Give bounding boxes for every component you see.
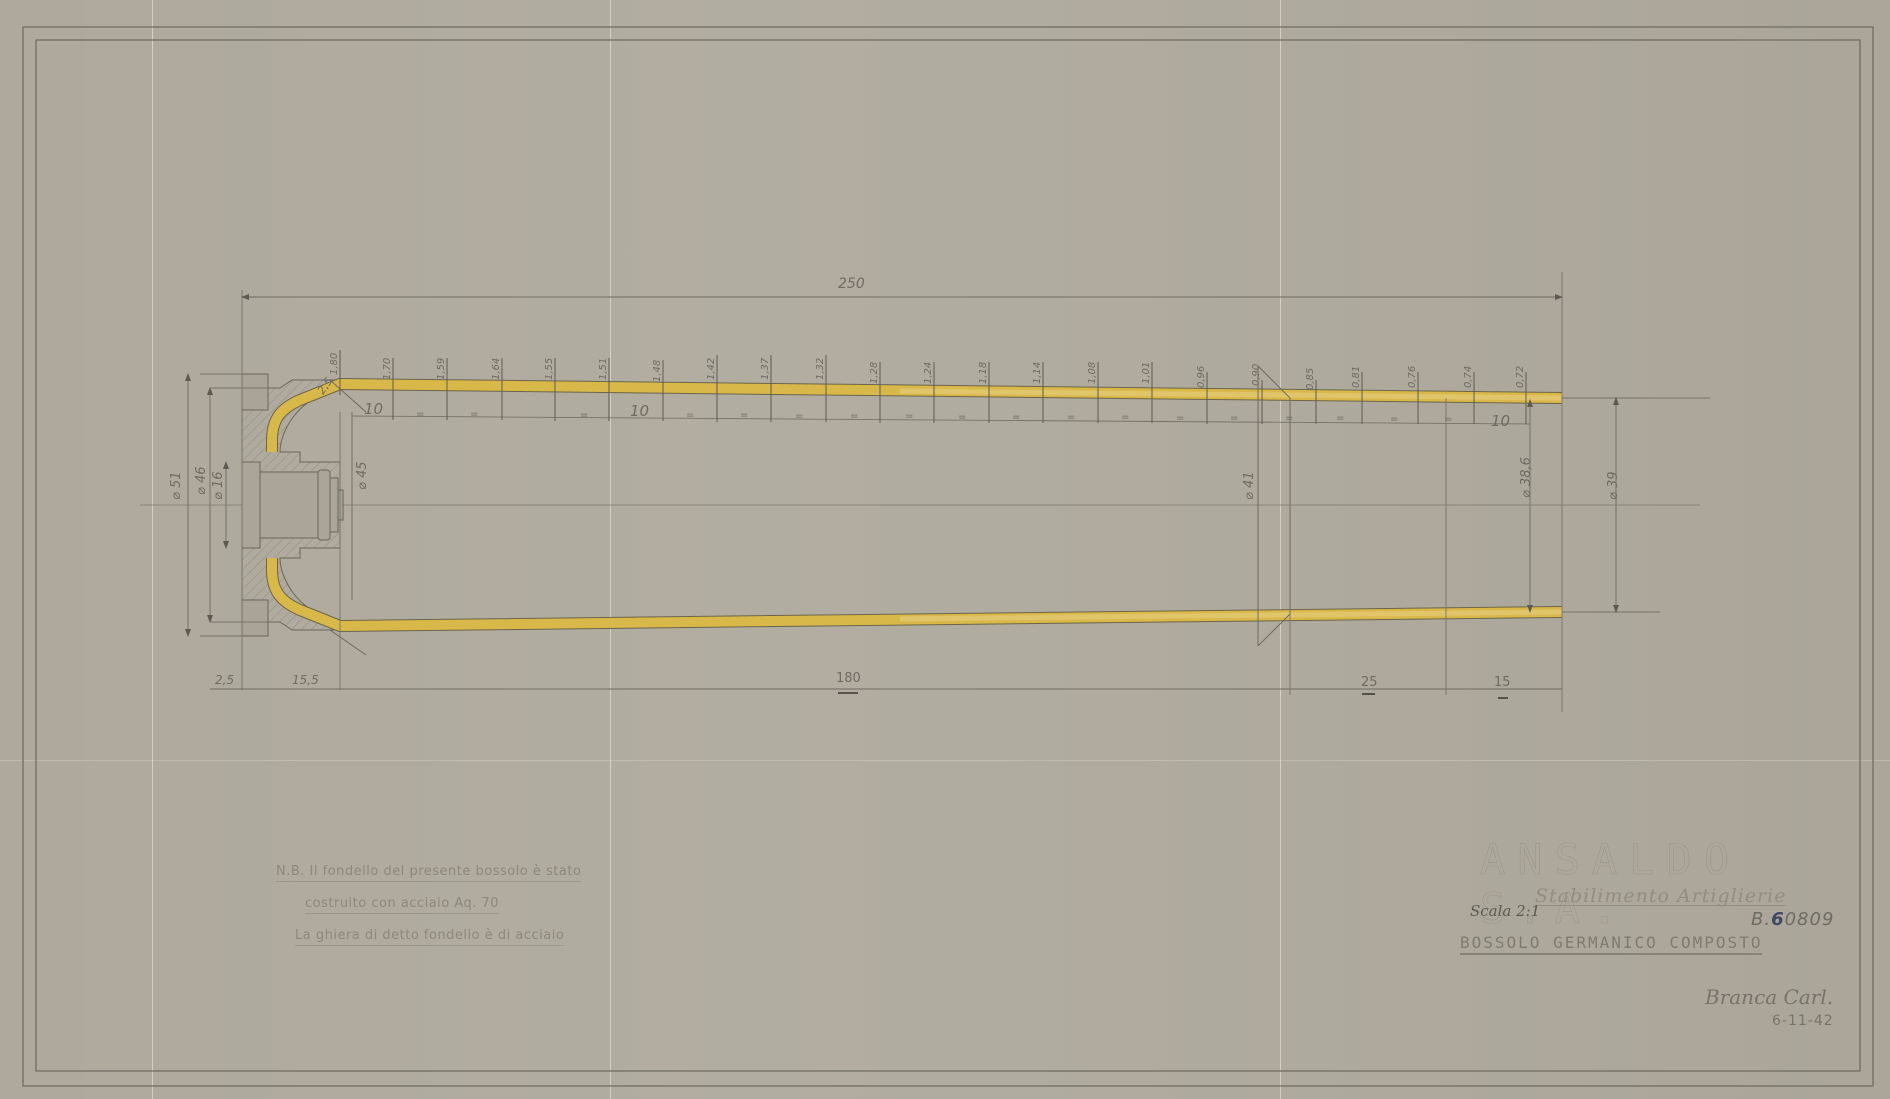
svg-text:=: = [740,410,748,421]
signature: Branca Carl. [1705,985,1833,1009]
diameter-label-rim: ⌀ 51 [169,471,184,500]
svg-text:=: = [580,410,588,421]
svg-text:1,08: 1,08 [1087,362,1098,384]
svg-text:=: = [1176,413,1184,424]
svg-text:0,90: 0,90 [1251,364,1262,386]
diameter-label-body-start: ⌀ 45 [355,461,370,490]
case-head-section [242,374,343,636]
diameter-label-primer: ⌀ 16 [211,471,226,500]
svg-text:=: = [1121,412,1129,423]
diameter-label-base: ⌀ 46 [194,466,209,495]
extension-lines [200,272,1710,712]
svg-text:=: = [1390,414,1398,425]
svg-text:=: = [1285,413,1293,424]
drawing-number: B.60809 [1751,909,1834,930]
diameter-label-shoulder: ⌀ 41 [1242,471,1257,500]
dimension-label-shoulder: 25 [1361,675,1378,690]
svg-text:1,48: 1,48 [652,360,663,382]
note-line-2: costruito con acciaio Aq. 70 [305,896,499,914]
svg-text:0,74: 0,74 [1463,366,1474,388]
svg-text:=: = [416,409,424,420]
svg-text:1,59: 1,59 [436,358,447,380]
svg-text:1,01: 1,01 [1141,362,1152,384]
svg-text:1,70: 1,70 [382,358,393,380]
svg-text:1,37: 1,37 [760,357,771,380]
pitch-label: 10 [630,402,649,420]
svg-text:1,32: 1,32 [815,358,826,380]
svg-text:=: = [958,412,966,423]
pitch-label: 10 [1491,412,1510,430]
pitch-label: 10 [364,400,383,418]
department-name: Stabilimento Artiglierie [1535,887,1786,906]
svg-text:=: = [1230,413,1238,424]
svg-text:1,51: 1,51 [598,358,609,380]
svg-text:1,42: 1,42 [706,358,717,380]
dimension-label-neck: 15 [1494,675,1511,690]
svg-text:=: = [470,409,478,420]
svg-text:0,96: 0,96 [1196,366,1207,388]
note-line-3: La ghiera di detto fondello è di acciaio [295,928,564,946]
signature-date: 6-11-42 [1772,1013,1834,1029]
dimension-label-body: 180 [836,671,861,686]
dimension-label-rim: 2,5 [215,673,234,687]
svg-text:0,72: 0,72 [1515,366,1526,388]
svg-text:=: = [1444,414,1452,425]
svg-text:=: = [1012,412,1020,423]
diameter-label-inner-mouth: ⌀ 38,6 [1519,457,1534,498]
note-line-1: N.B. Il fondello del presente bossolo è … [276,864,581,882]
svg-text:=: = [850,411,858,422]
svg-text:1,18: 1,18 [978,362,989,384]
svg-text:1,80: 1,80 [329,353,340,375]
svg-text:1,55: 1,55 [544,358,555,380]
svg-text:1,14: 1,14 [1032,362,1043,384]
dimension-label-head: 15,5 [292,673,319,687]
pitch-dimension-line [352,416,1530,424]
svg-text:=: = [795,411,803,422]
svg-text:=: = [905,411,913,422]
svg-text:0,81: 0,81 [1351,366,1362,388]
svg-text:=: = [686,410,694,421]
svg-text:1,24: 1,24 [923,362,934,384]
svg-text:=: = [1067,412,1075,423]
dimension-label-250: 250 [838,276,865,292]
drawing-scale: Scala 2:1 [1470,902,1540,920]
diameter-label-mouth: ⌀ 39 [1606,471,1621,500]
svg-text:1,64: 1,64 [491,358,502,380]
svg-text:=: = [1336,413,1344,424]
svg-text:0,76: 0,76 [1407,366,1418,388]
drawing-object-title: BOSSOLO GERMANICO COMPOSTO [1460,933,1762,955]
svg-text:0,85: 0,85 [1305,368,1316,390]
svg-text:1,28: 1,28 [869,362,880,384]
